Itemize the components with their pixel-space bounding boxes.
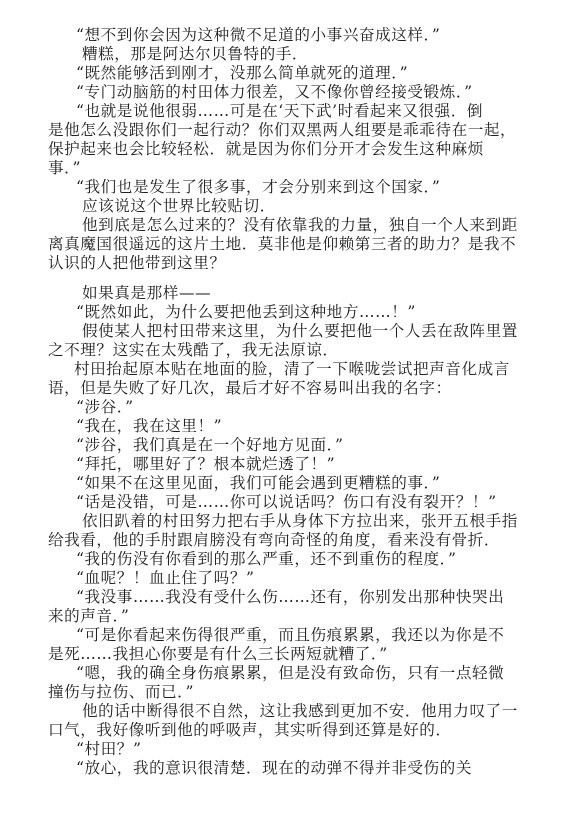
text-line: “我们也是发生了很多事，才会分别来到这个国家．” <box>76 178 440 197</box>
text-line: “我没事……我没有受什么伤……还有，你别发出那种快哭出 <box>76 588 504 607</box>
text-line: “如果不在这里见面，我们可能会遇到更糟糕的事．” <box>76 474 440 493</box>
text-line: 给我看，他的手肘跟肩膀没有弯向奇怪的角度，看来没有骨折． <box>48 531 500 550</box>
text-line: 是死……我担心你要是有什么三长两短就糟了．” <box>48 645 388 664</box>
text-line: “话是没错，可是……你可以说话吗？伤口有没有裂开？！” <box>76 493 497 512</box>
text-line: 来的声音．” <box>48 607 129 626</box>
text-line: “既然能够活到刚才，没那么简单就死的道理．” <box>76 64 408 83</box>
text-line: “既然如此，为什么要把他丢到这种地方……！” <box>76 303 416 322</box>
text-line: 他到底是怎么过来的？没有依靠我的力量，独自一个人来到距 <box>82 216 518 235</box>
text-line: 保护起来也会比较轻松．就是因为你们分开才会发生这种麻烦 <box>48 140 484 159</box>
text-line: 假使某人把村田带来这里，为什么要把他一个人丢在敌阵里置 <box>82 322 518 341</box>
text-line: “村田？” <box>76 740 141 759</box>
text-line: “血呢？！血止住了吗？” <box>76 569 254 588</box>
text-line: “专门动脑筋的村田体力很差，又不像你曾经接受锻炼．” <box>76 83 473 102</box>
text-line: “我在，我在这里！” <box>76 417 222 436</box>
text-line: 离真魔国很遥远的这片土地．莫非他是仰赖第三者的助力？是我不 <box>48 235 516 254</box>
text-line: 认识的人把他带到这里？ <box>48 254 226 273</box>
text-line: 他的话中断得很不自然，这让我感到更加不安．他用力叹了一 <box>82 702 518 721</box>
text-line: “涉谷，我们真是在一个好地方见面．” <box>76 436 344 455</box>
text-line: 是他怎么没跟你们一起行动？你们双黑两人组要是乖乖待在一起， <box>48 121 516 140</box>
text-line: “嗯，我的确全身伤痕累累，但是没有致命伤，只有一点轻微 <box>76 664 504 683</box>
text-line: 如果真是那样—— <box>82 284 211 303</box>
text-line: “我的伤没有你看到的那么严重，还不到重伤的程度．” <box>76 550 457 569</box>
text-line: 依旧趴着的村田努力把右手从身体下方拉出来，张开五根手指 <box>82 512 518 531</box>
text-line: 村田抬起原本贴在地面的脸，清了一下喉咙尝试把声音化成言 <box>74 360 510 379</box>
text-line: “放心，我的意识很清楚．现在的动弹不得并非受伤的关 <box>76 759 472 778</box>
text-line: “拜托，哪里好了？根本就烂透了！” <box>76 455 335 474</box>
text-line: 事．” <box>48 159 81 178</box>
text-line: 口气，我好像听到他的呼吸声，其实听得到还算是好的． <box>48 721 452 740</box>
text-line: 撞伤与拉伤、而已．” <box>48 683 194 702</box>
text-line: “涉谷．” <box>76 398 134 417</box>
text-line: “也就是说他很弱……可是在‘天下武’时看起来又很强．倒 <box>76 102 483 121</box>
text-line: 语，但是失败了好几次，最后才好不容易叫出我的名字： <box>48 379 452 398</box>
text-line: “可是你看起来伤得很严重，而且伤痕累累，我还以为你是不 <box>76 626 504 645</box>
text-line: 应该说这个世界比较贴切． <box>82 197 276 216</box>
text-line: 糟糕，那是阿达尔贝鲁特的手． <box>82 45 308 64</box>
document-page: “想不到你会因为这种微不足道的小事兴奋成这样．” 糟糕，那是阿达尔贝鲁特的手． … <box>0 0 583 828</box>
text-line: 之不理？这实在太残酷了，我无法原谅． <box>48 341 339 360</box>
text-line: “想不到你会因为这种微不足道的小事兴奋成这样．” <box>76 26 440 45</box>
